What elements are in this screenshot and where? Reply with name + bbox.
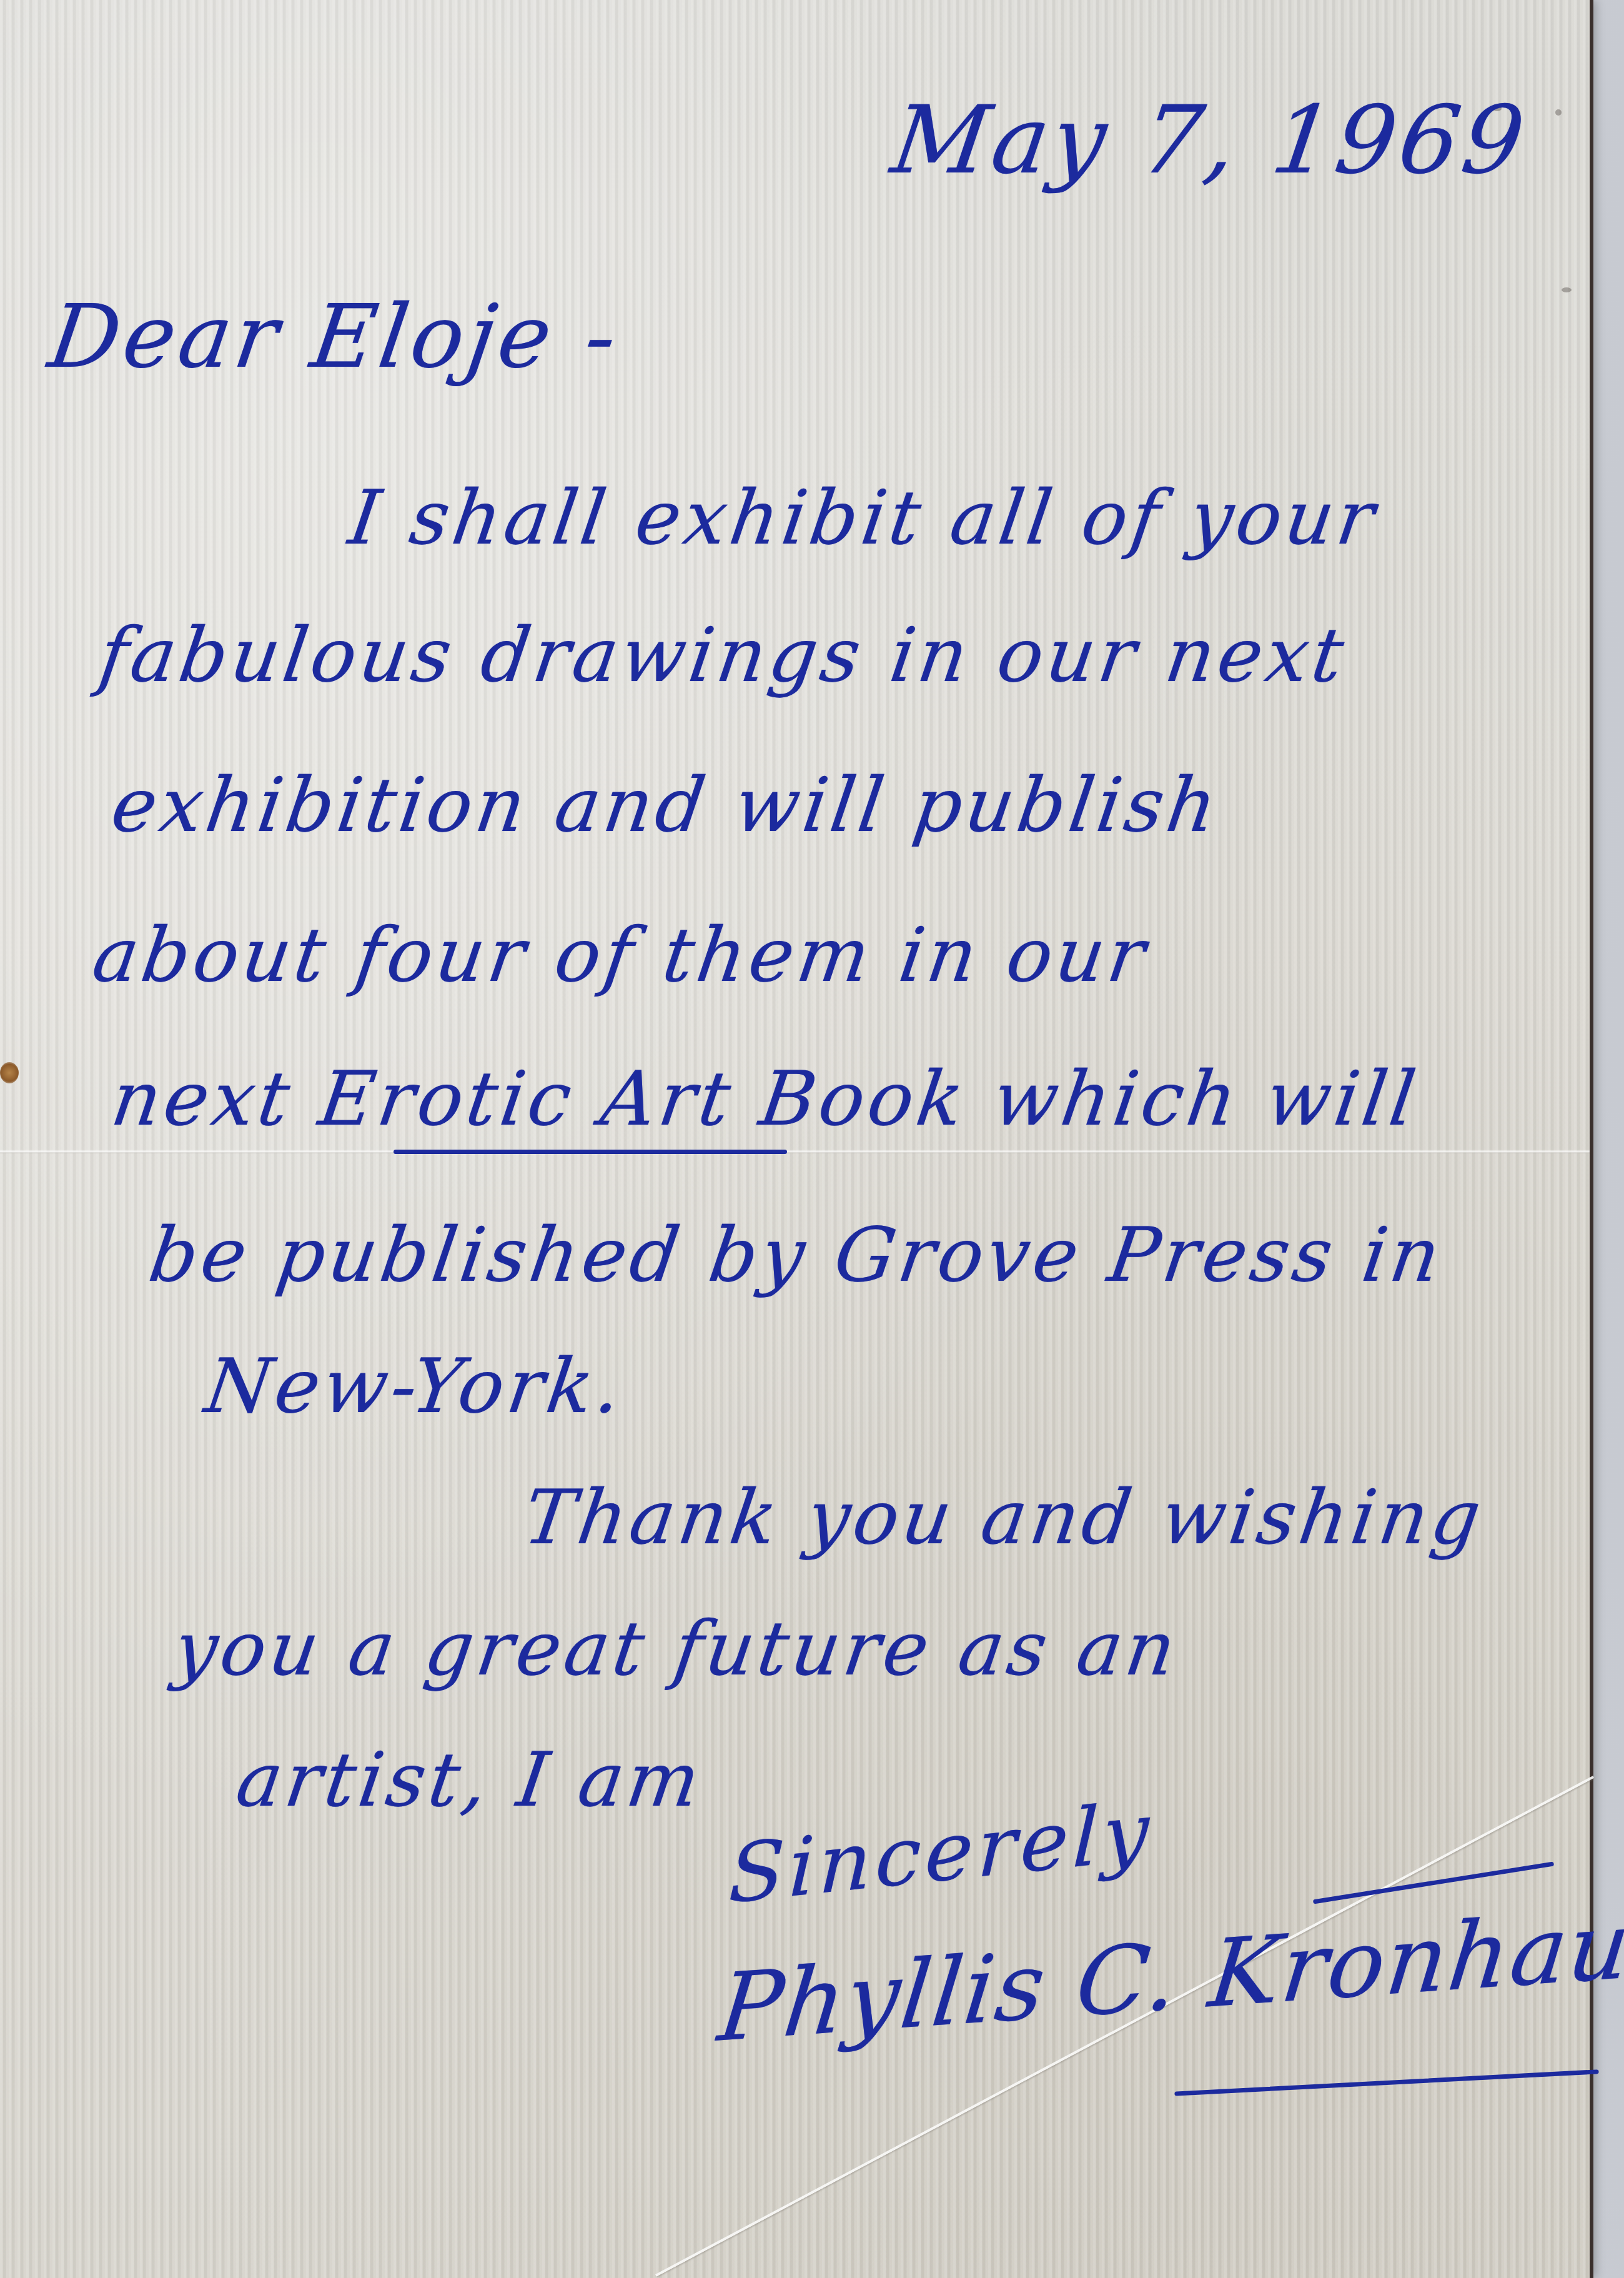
body-line: next Erotic Art Book which will <box>107 1062 1423 1137</box>
letter-paper: May 7, 1969 Dear Eloje - I shall exhibit… <box>0 0 1590 2278</box>
underline-erotic-art <box>394 1150 787 1154</box>
body-line: about four of them in our <box>89 918 1154 993</box>
paper-spot <box>1562 287 1572 292</box>
body-line: you a great future as an <box>170 1612 1184 1687</box>
rust-stain <box>0 1062 19 1083</box>
signature-flourish <box>1313 1862 1554 1904</box>
body-line: exhibition and will publish <box>107 768 1225 843</box>
horizontal-fold-line <box>0 1150 1590 1153</box>
signature-underline <box>1174 2069 1598 2096</box>
paper-spot <box>1555 109 1562 116</box>
letter-salutation: Dear Eloje - <box>44 294 625 381</box>
letter-signature: Phyllis C. Kronhausen <box>715 1887 1624 2055</box>
body-line: New-York. <box>201 1350 630 1425</box>
body-line: Thank you and wishing <box>520 1481 1489 1556</box>
body-line: be published by Grove Press in <box>145 1218 1448 1293</box>
letter-closing: Sincerely <box>728 1790 1154 1915</box>
body-line: I shall exhibit all of your <box>345 481 1383 556</box>
body-line: fabulous drawings in our next <box>95 619 1352 694</box>
letter-date: May 7, 1969 <box>886 94 1533 187</box>
body-line: artist, I am <box>232 1743 708 1818</box>
